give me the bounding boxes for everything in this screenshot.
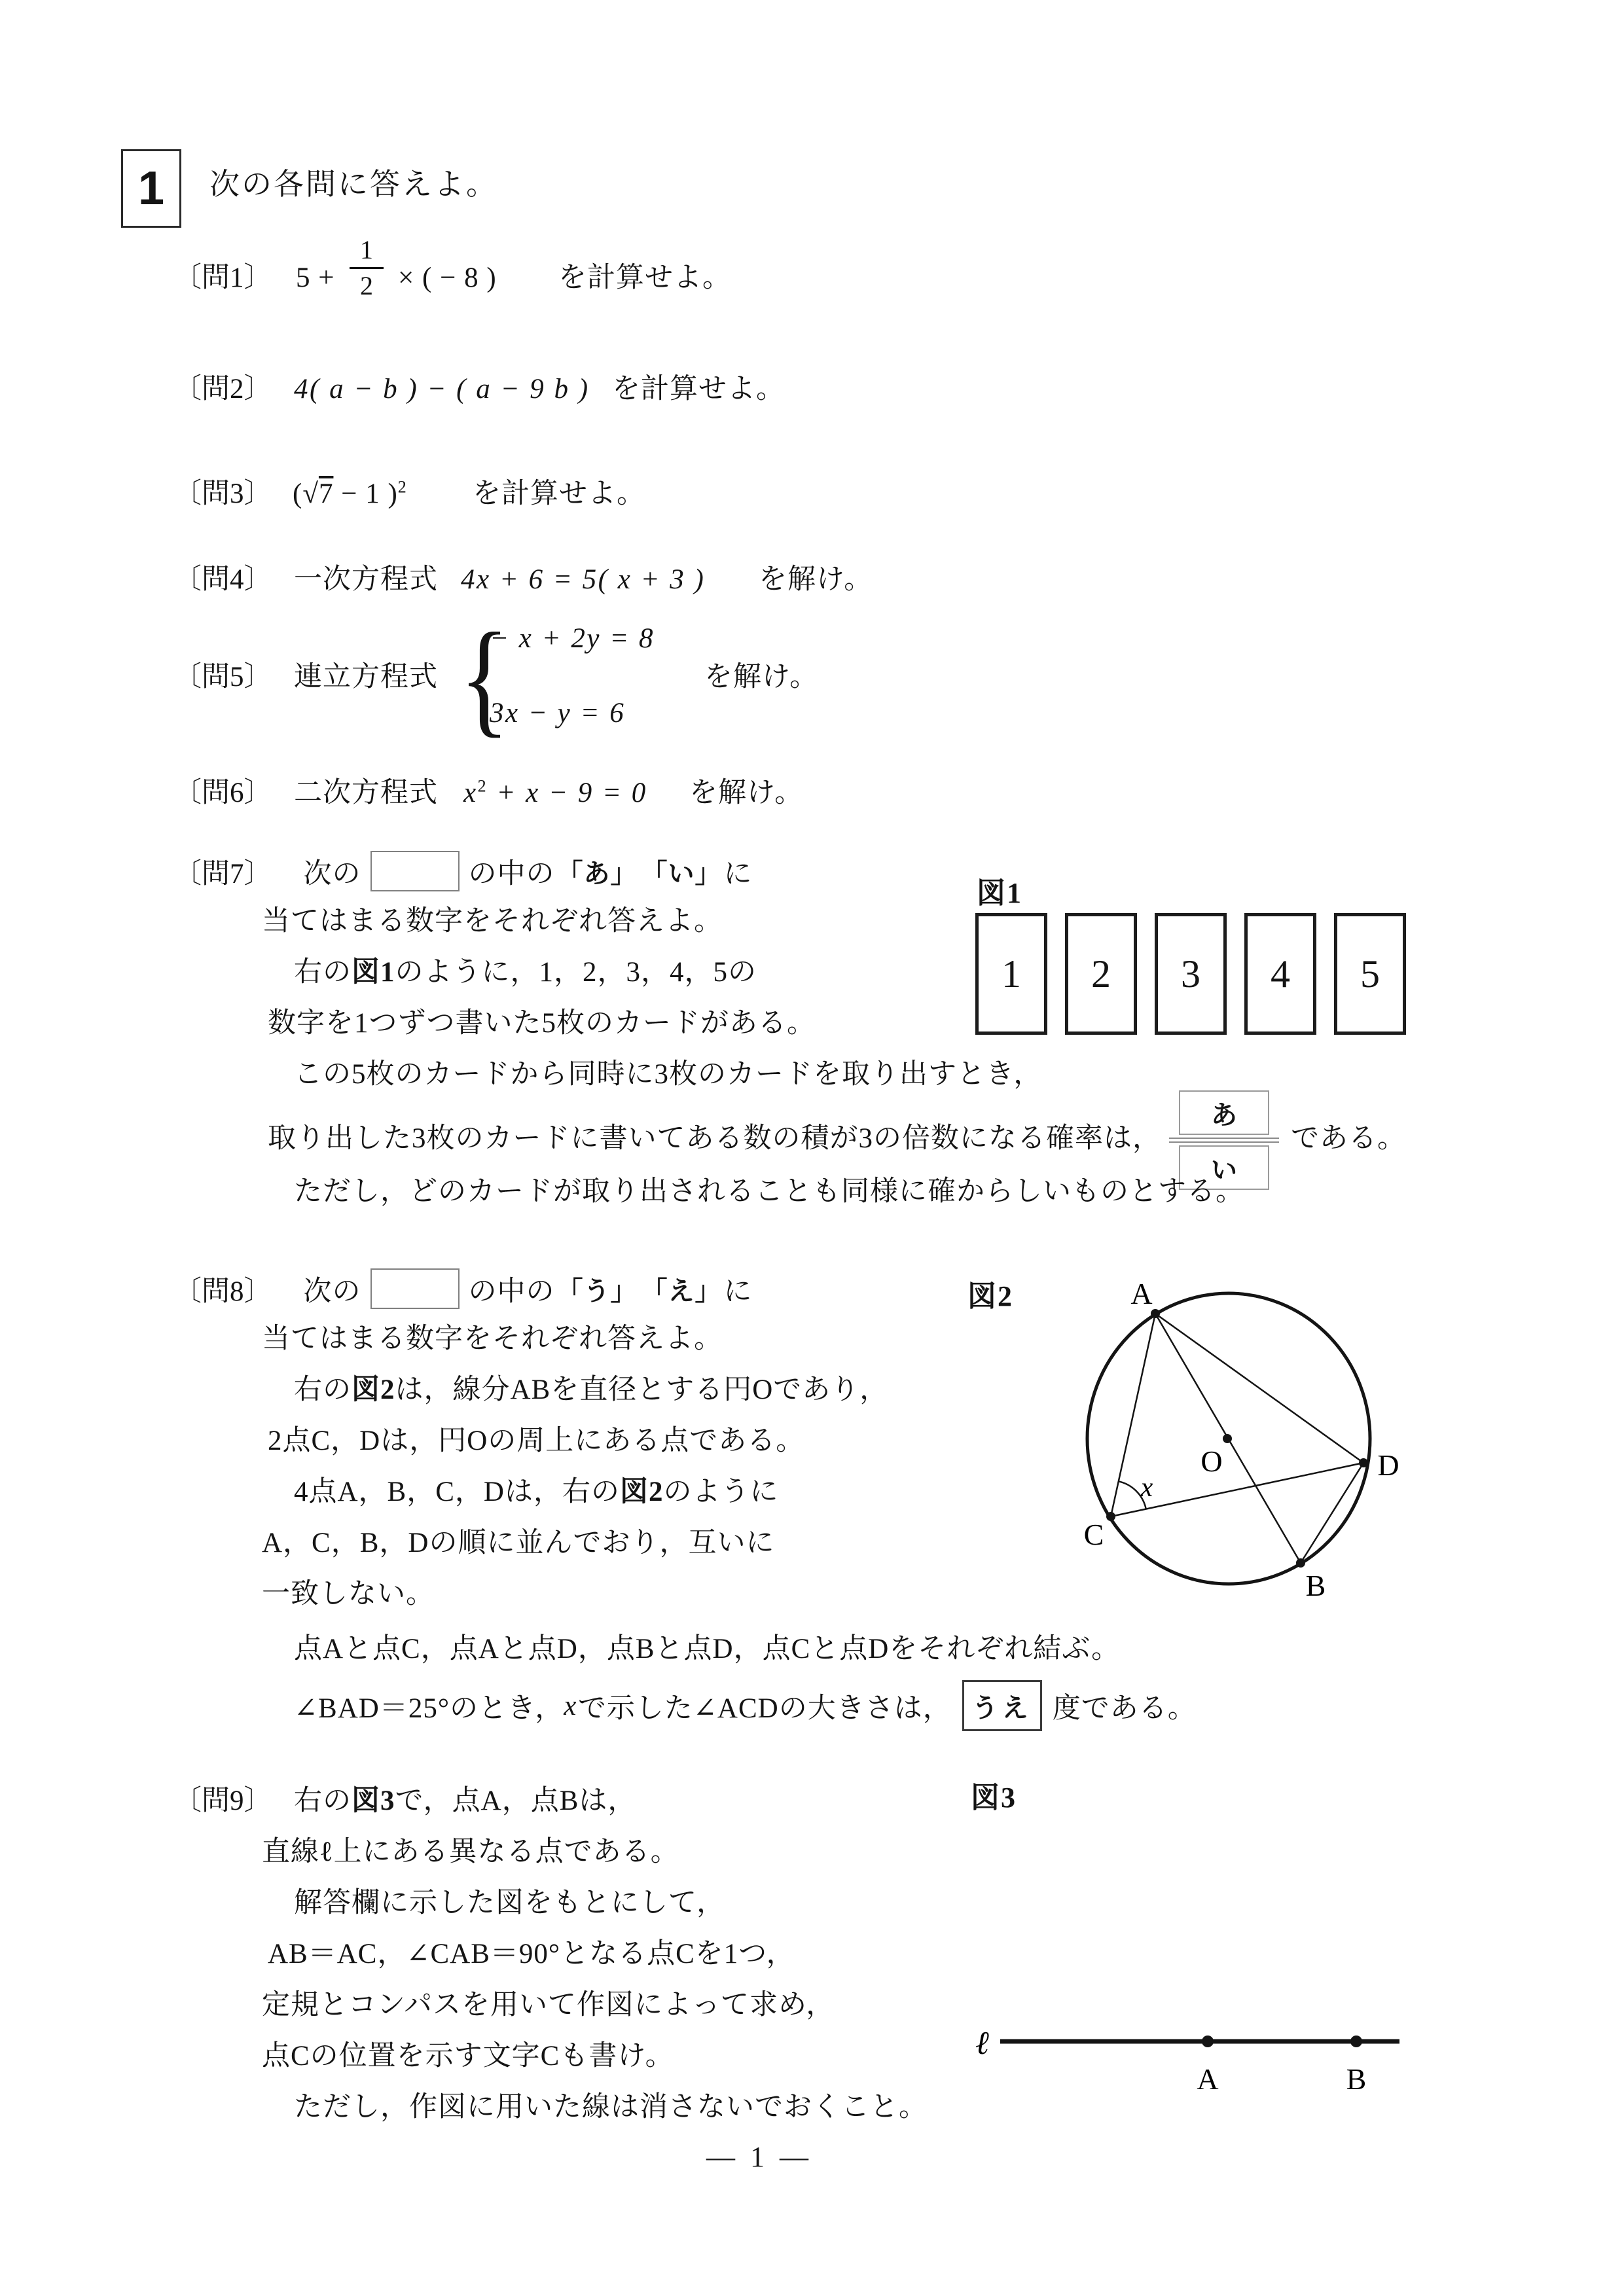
q1-fraction-denominator: 2 <box>350 273 384 299</box>
q2-expression: 4( a − b ) − ( a − 9 b ) <box>294 372 590 406</box>
q8-label: 〔問8〕 <box>173 1269 272 1309</box>
q9-line-6: 点Cの位置を示す文字Cも書け。 <box>262 2039 674 2073</box>
q9-line-5: 定規とコンパスを用いて作図によって求め， <box>262 1988 835 2022</box>
q8-line-5: 4点A，B，C，Dは，右の図2のように <box>294 1475 778 1509</box>
q7-line-3: 右の図1のように，1，2，3，4，5の <box>294 956 757 990</box>
q4-label: 〔問4〕 <box>173 563 272 597</box>
q8-line-9: ∠BAD＝25°のとき， x で示した∠ACDの大きさは， うえ 度である。 <box>294 1679 1197 1732</box>
q8-kana-u: 「う」 <box>557 1270 638 1308</box>
q8-line1-end: に <box>724 1269 753 1309</box>
section-number-box: 1 <box>121 149 181 228</box>
exam-page: 1 次の各問に答えよ。 〔問1〕 5 + 1 2 × ( − 8 ) を計算せよ… <box>0 0 1624 2296</box>
q8-line5-pre: 4点A，B，C，Dは，右の <box>294 1477 620 1507</box>
point-D-dot <box>1359 1458 1368 1467</box>
q1-fraction-numerator: 1 <box>350 237 384 263</box>
q8-line-8: 点Aと点C，点Aと点D，点Bと点D，点Cと点Dをそれぞれ結ぶ。 <box>294 1632 1120 1666</box>
chord-AD <box>1155 1314 1363 1463</box>
q2-label: 〔問2〕 <box>173 372 272 406</box>
q7-line3-figref: 図1 <box>352 957 395 988</box>
q7-line-2: 当てはまる数字をそれぞれ答えよ。 <box>262 905 723 939</box>
q6-exponent: 2 <box>478 777 488 796</box>
q7-line-7: ただし，どのカードが取り出されることも同様に確からしいものとする。 <box>294 1175 1244 1209</box>
q9-line1-figref: 図3 <box>352 1785 395 1816</box>
q9-line1-pre: 右の <box>294 1785 352 1816</box>
q8-line3-pre: 右の <box>294 1374 352 1405</box>
q8-answer-blank-box <box>370 1268 460 1309</box>
q7-answer-blank-box <box>370 851 460 891</box>
q8-line9-mid: で示した∠ACDの大きさは， <box>578 1686 952 1726</box>
figure3-label: 図3 <box>971 1774 1017 1816</box>
q1-term: 5 + <box>296 261 335 295</box>
q6-equation-type: 二次方程式 <box>294 776 438 810</box>
point-C-dot <box>1106 1512 1115 1521</box>
point-O-dot <box>1223 1434 1232 1443</box>
point-B-label: B <box>1346 2062 1367 2096</box>
q9-line-4: AB＝AC，∠CAB＝90°となる点Cを1つ， <box>268 1937 795 1971</box>
card-5: 5 <box>1334 913 1406 1035</box>
figure1-label: 図1 <box>977 869 1022 911</box>
q8-line9-pre: ∠BAD＝25°のとき， <box>294 1686 564 1726</box>
q7-line-1: 〔問7〕 次の の中の 「あ」 「い」 に <box>173 850 753 893</box>
section-title: 次の各問に答えよ。 <box>209 166 498 202</box>
q4-command: を解け。 <box>759 563 873 597</box>
q7-line1-pre: 次の <box>304 852 361 891</box>
figure3-line-diagram: ℓ A B <box>949 1996 1447 2098</box>
q3-radical-sign: √ <box>302 478 319 509</box>
q9-line-7: ただし，作図に用いた線は消さないでおくこと。 <box>294 2090 928 2125</box>
chord-DB <box>1301 1463 1363 1563</box>
q8-line-2: 当てはまる数字をそれぞれ答えよ。 <box>262 1322 723 1356</box>
q8-line9-end: 度である。 <box>1053 1686 1197 1726</box>
q8-line5-figref: 図2 <box>620 1477 664 1507</box>
q6-label: 〔問6〕 <box>173 776 272 810</box>
q4-equation-type: 一次方程式 <box>294 563 438 597</box>
q3-open-paren: ( <box>293 478 302 509</box>
q8-line3-post: は，線分ABを直径とする円Oであり， <box>395 1374 889 1405</box>
q3-expression: (√7 − 1 )2 <box>293 477 407 511</box>
card-2: 2 <box>1065 913 1137 1035</box>
figure2-circle-diagram: A O D C B x <box>1074 1263 1407 1620</box>
q7-line3-post: のように，1，2，3，4，5の <box>395 957 757 988</box>
point-O-label: O <box>1200 1444 1222 1478</box>
point-D-label: D <box>1377 1448 1399 1482</box>
q5-equation-1: − x + 2y = 8 <box>490 622 655 656</box>
q8-answer-box-ue: うえ <box>962 1680 1042 1731</box>
q7-answer-numerator-box: あ <box>1179 1090 1269 1135</box>
page-number: — 1 — <box>681 2140 838 2174</box>
q9-line-3: 解答欄に示した図をもとにして， <box>294 1886 725 1920</box>
q3-close: − 1 ) <box>333 478 397 509</box>
section-number: 1 <box>138 162 164 215</box>
q6-command: を解け。 <box>689 776 803 810</box>
q5-equation-type: 連立方程式 <box>294 660 438 694</box>
q8-line-7: 一致しない。 <box>262 1577 435 1611</box>
q8-kana-e: 「え」 <box>641 1270 722 1308</box>
q3-exponent: 2 <box>398 478 407 497</box>
q9-label: 〔問9〕 <box>173 1784 272 1818</box>
q1-fraction-bar <box>350 267 384 269</box>
point-B-label: B <box>1306 1569 1326 1602</box>
point-A-label: A <box>1130 1277 1152 1310</box>
q7-fraction-bar-top <box>1169 1138 1279 1139</box>
point-A-dot <box>1202 2036 1214 2047</box>
q6-base: x <box>463 778 478 808</box>
q8-line9-x: x <box>564 1690 578 1722</box>
point-A-label: A <box>1197 2062 1218 2096</box>
q7-kana-i: 「い」 <box>641 853 722 890</box>
q8-line-4: 2点C，Dは，円Oの周上にある点である。 <box>268 1424 804 1458</box>
q5-label: 〔問5〕 <box>173 660 272 694</box>
q3-command: を計算せよ。 <box>473 477 645 511</box>
q8-line1-pre: 次の <box>304 1269 361 1309</box>
card-1: 1 <box>975 913 1047 1035</box>
q5-command: を解け。 <box>704 660 818 694</box>
q7-label: 〔問7〕 <box>173 852 272 891</box>
q8-line-1: 〔問8〕 次の の中の 「う」 「え」 に <box>173 1267 753 1310</box>
q8-line-3: 右の図2は，線分ABを直径とする円Oであり， <box>294 1373 888 1407</box>
point-A-dot <box>1151 1309 1160 1318</box>
q2-command: を計算せよ。 <box>612 372 785 406</box>
q1-fraction: 1 2 <box>350 237 384 299</box>
figure2-label: 図2 <box>967 1272 1013 1314</box>
angle-x-label: x <box>1140 1473 1153 1503</box>
q7-line-5: この5枚のカードから同時に3枚のカードを取り出すとき， <box>294 1058 1042 1092</box>
q7-line-4: 数字を1つずつ書いた5枚のカードがある。 <box>268 1007 816 1041</box>
q6-expression: x2 + x − 9 = 0 <box>463 776 647 810</box>
q5-equation-2: 3x − y = 6 <box>490 696 625 730</box>
q7-kana-a: 「あ」 <box>557 853 638 890</box>
q1-label: 〔問1〕 <box>173 261 272 295</box>
q7-fraction-bar-bottom <box>1169 1141 1279 1143</box>
q4-expression: 4x + 6 = 5( x + 3 ) <box>461 563 705 597</box>
q8-line1-mid: の中の <box>469 1269 555 1309</box>
q7-line-6: 取り出した3枚のカードに書いてある数の積が3の倍数になる確率は， <box>268 1122 1161 1156</box>
point-C-label: C <box>1084 1518 1104 1551</box>
point-B-dot <box>1296 1558 1305 1568</box>
q7-line-6-end: である。 <box>1291 1122 1406 1156</box>
q6-rest: + x − 9 = 0 <box>488 778 647 808</box>
q8-line5-post: のように <box>663 1477 778 1507</box>
q7-line1-mid: の中の <box>469 852 555 891</box>
point-B-dot <box>1350 2036 1362 2047</box>
card-4: 4 <box>1244 913 1316 1035</box>
q3-radicand: 7 <box>319 478 334 509</box>
q8-line-6: A，C，B，Dの順に並んでおり，互いに <box>262 1526 774 1560</box>
q1-expression: × ( − 8 ) <box>398 261 497 295</box>
q1-command: を計算せよ。 <box>558 261 731 295</box>
q8-line3-figref: 図2 <box>352 1374 395 1405</box>
q9-line-1: 右の図3で，点A，点Bは， <box>294 1784 636 1818</box>
q9-line-2: 直線ℓ上にある異なる点である。 <box>262 1835 679 1869</box>
q7-line3-pre: 右の <box>294 957 352 988</box>
q9-line1-post: で，点A，点Bは， <box>395 1785 637 1816</box>
q7-line1-end: に <box>724 852 753 891</box>
line-l-label: ℓ <box>975 2024 989 2061</box>
q3-label: 〔問3〕 <box>173 477 272 511</box>
card-3: 3 <box>1155 913 1227 1035</box>
